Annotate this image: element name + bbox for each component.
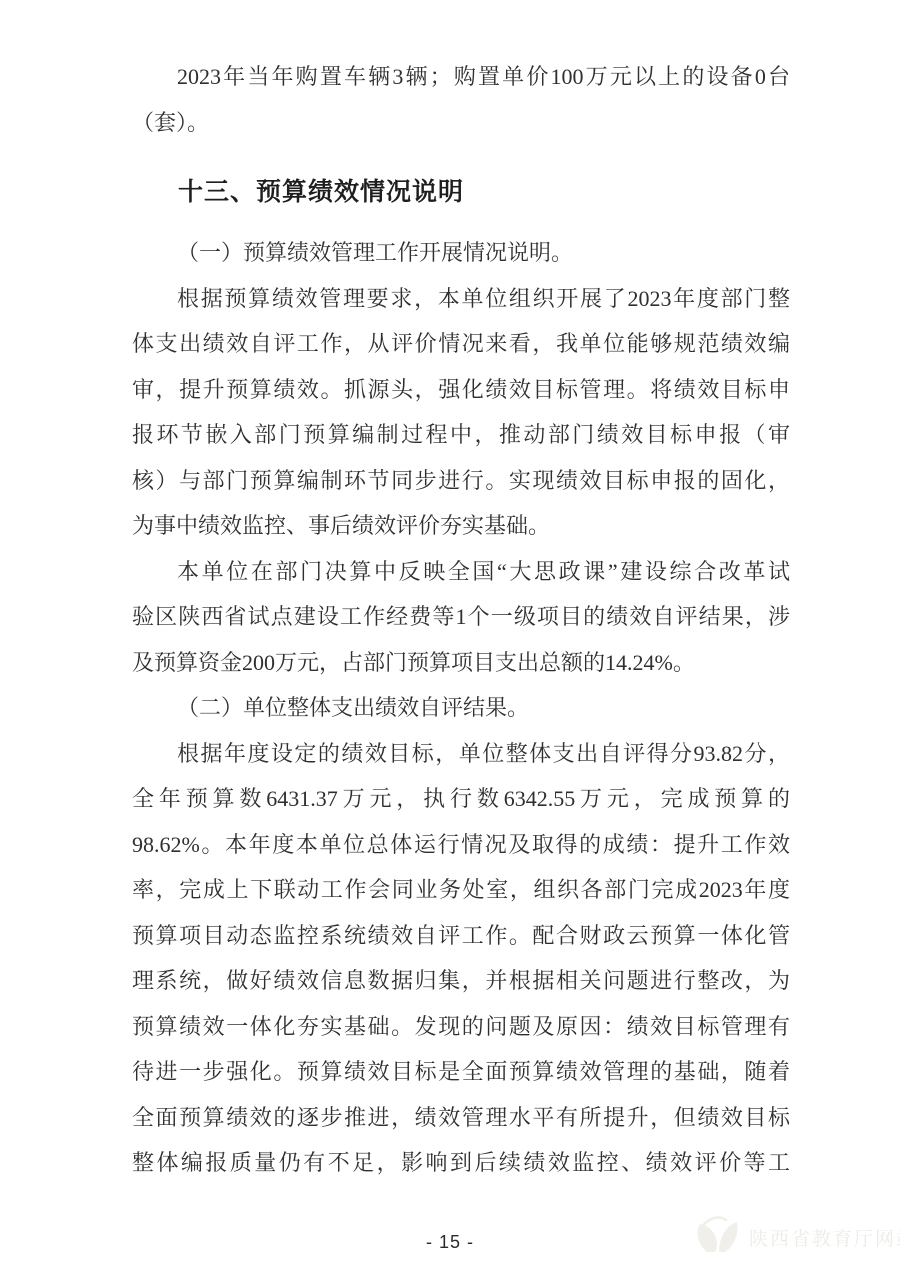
text-line: 率，完成上下联动工作会同业务处室，组织各部门完成2023年度 <box>132 867 790 913</box>
section-heading: 十三、预算绩效情况说明 <box>132 169 790 215</box>
text-line: 为事中绩效监控、事后绩效评价夯实基础。 <box>132 503 790 549</box>
text-line: 审，提升预算绩效。抓源头，强化绩效目标管理。将绩效目标申 <box>132 367 790 413</box>
text-line: 98.62%。本年度本单位总体运行情况及取得的成绩：提升工作效 <box>132 822 790 868</box>
text-line: 2023年当年购置车辆3辆；购置单价100万元以上的设备0台 <box>132 54 790 100</box>
text-line: 验区陕西省试点建设工作经费等1个一级项目的绩效自评结果，涉 <box>132 594 790 640</box>
leaf-logo-icon <box>692 1212 744 1263</box>
text-line: 全面预算绩效的逐步推进，绩效管理水平有所提升，但绩效目标 <box>132 1095 790 1141</box>
document-page: 2023年当年购置车辆3辆；购置单价100万元以上的设备0台 （套）。 十三、预… <box>0 0 900 1272</box>
text-line: 根据年度设定的绩效目标，单位整体支出自评得分93.82分， <box>132 731 790 777</box>
site-watermark: 陕西省教育厅网站 <box>692 1212 900 1263</box>
text-line: 理系统，做好绩效信息数据归集，并根据相关问题进行整改，为 <box>132 958 790 1004</box>
text-line: 全年预算数6431.37万元，执行数6342.55万元，完成预算的 <box>132 776 790 822</box>
text-line: 待进一步强化。预算绩效目标是全面预算绩效管理的基础，随着 <box>132 1049 790 1095</box>
text-line: 及预算资金200万元，占部门预算项目支出总额的14.24%。 <box>132 640 790 686</box>
text-line: 整体编报质量仍有不足，影响到后续绩效监控、绩效评价等工 <box>132 1140 790 1186</box>
text-line: （套）。 <box>132 100 790 146</box>
subsection-heading: （二）单位整体支出绩效自评结果。 <box>132 685 790 731</box>
text-line: 报环节嵌入部门预算编制过程中，推动部门绩效目标申报（审 <box>132 412 790 458</box>
document-body: 2023年当年购置车辆3辆；购置单价100万元以上的设备0台 （套）。 十三、预… <box>132 54 790 1186</box>
text-line: 预算项目动态监控系统绩效自评工作。配合财政云预算一体化管 <box>132 913 790 959</box>
subsection-heading: （一）预算绩效管理工作开展情况说明。 <box>132 230 790 276</box>
text-line: 核）与部门预算编制环节同步进行。实现绩效目标申报的固化， <box>132 458 790 504</box>
text-line: 根据预算绩效管理要求，本单位组织开展了2023年度部门整 <box>132 276 790 322</box>
text-line: 预算绩效一体化夯实基础。发现的问题及原因：绩效目标管理有 <box>132 1004 790 1050</box>
text-line: 本单位在部门决算中反映全国“大思政课”建设综合改革试 <box>132 549 790 595</box>
watermark-label: 陕西省教育厅网站 <box>749 1224 900 1251</box>
text-line: 体支出绩效自评工作，从评价情况来看，我单位能够规范绩效编 <box>132 321 790 367</box>
